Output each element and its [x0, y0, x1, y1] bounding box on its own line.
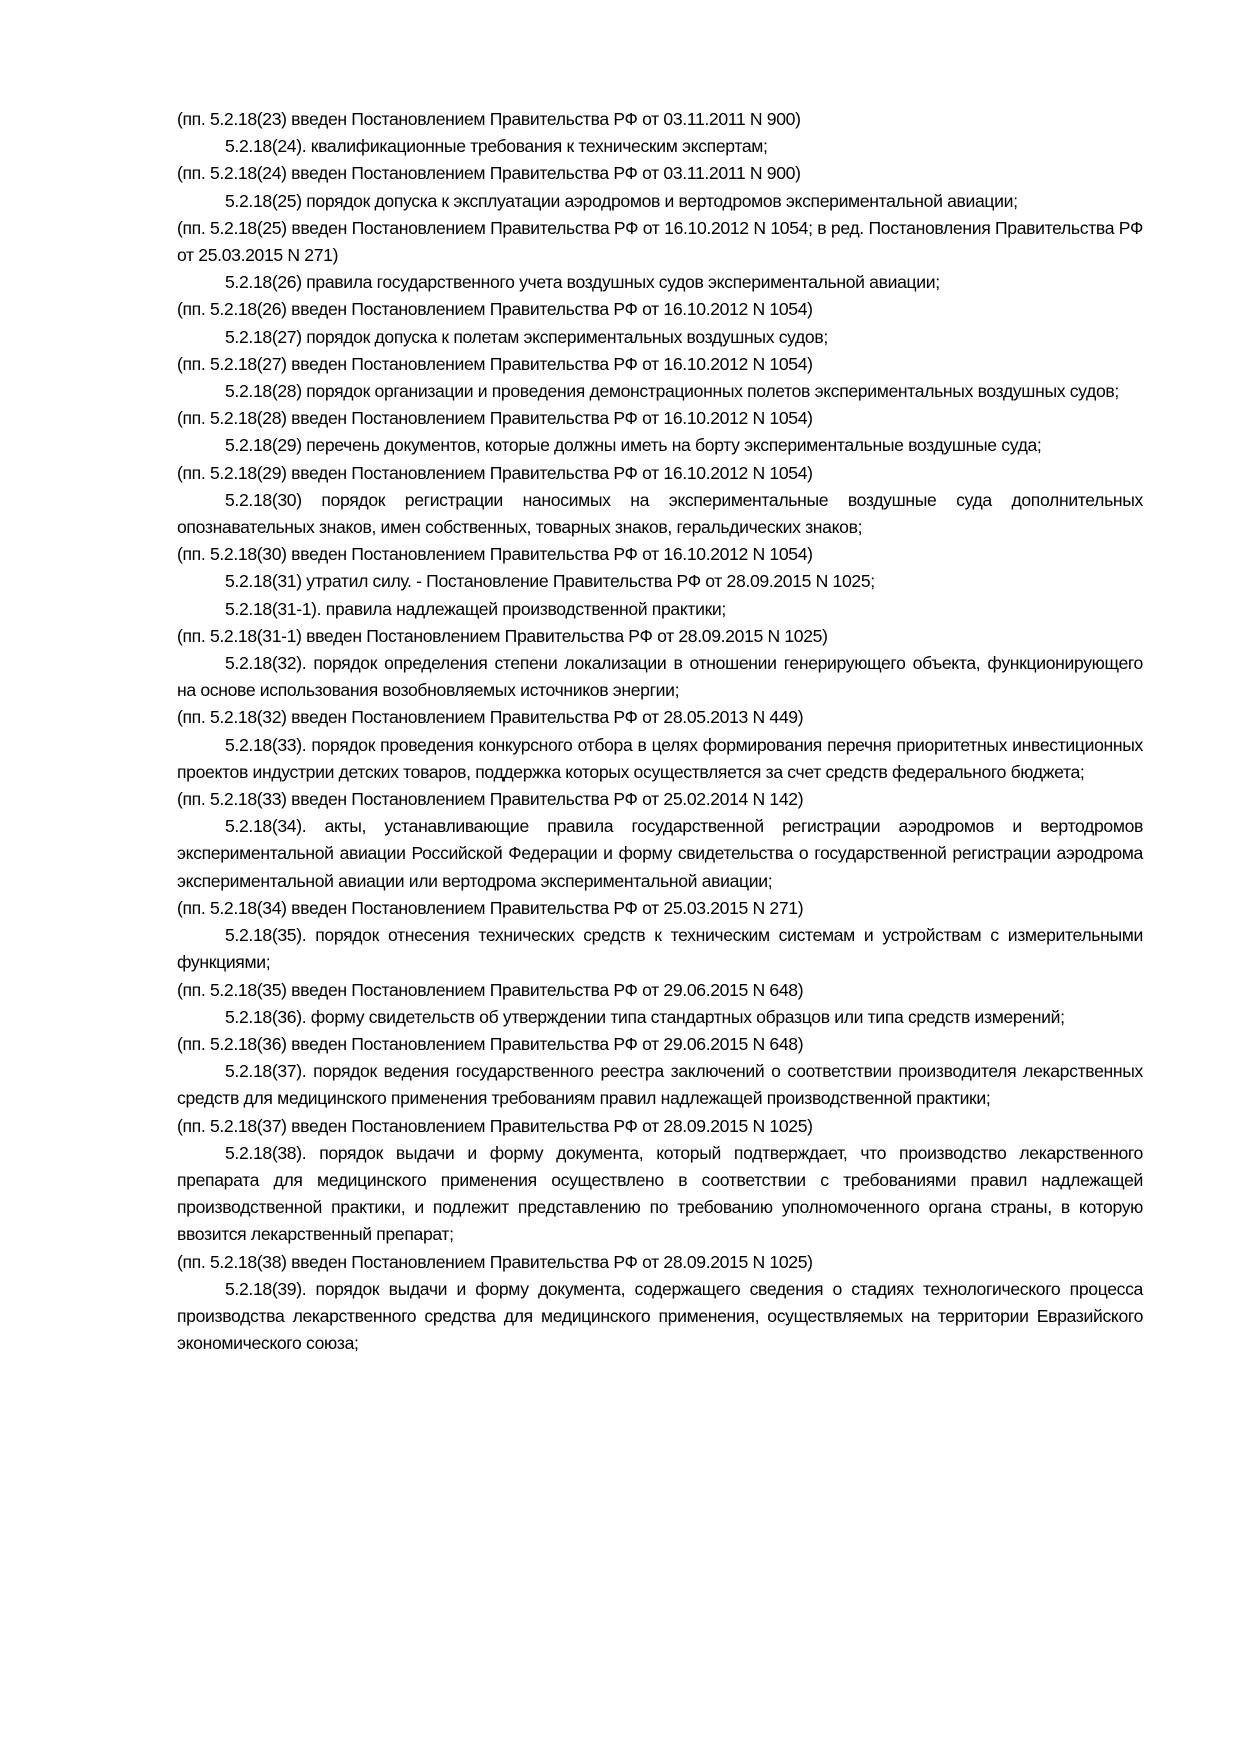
amendment-note-36: (пп. 5.2.18(36) введен Постановлением Пр… [177, 1031, 1143, 1058]
amendment-note-34: (пп. 5.2.18(34) введен Постановлением Пр… [177, 895, 1143, 922]
document-page: (пп. 5.2.18(23) введен Постановлением Пр… [177, 106, 1143, 1357]
clause-31-1: 5.2.18(31-1). правила надлежащей произво… [177, 596, 1143, 623]
clause-30: 5.2.18(30) порядок регистрации наносимых… [177, 487, 1143, 541]
amendment-note-28: (пп. 5.2.18(28) введен Постановлением Пр… [177, 405, 1143, 432]
amendment-note-38: (пп. 5.2.18(38) введен Постановлением Пр… [177, 1249, 1143, 1276]
clause-36: 5.2.18(36). форму свидетельств об утверж… [177, 1004, 1143, 1031]
clause-31-repealed: 5.2.18(31) утратил силу. - Постановление… [177, 568, 1143, 595]
clause-33: 5.2.18(33). порядок проведения конкурсно… [177, 732, 1143, 786]
amendment-note-31-1: (пп. 5.2.18(31-1) введен Постановлением … [177, 623, 1143, 650]
amendment-note-32: (пп. 5.2.18(32) введен Постановлением Пр… [177, 704, 1143, 731]
amendment-note-25: (пп. 5.2.18(25) введен Постановлением Пр… [177, 215, 1143, 269]
clause-28: 5.2.18(28) порядок организации и проведе… [177, 378, 1143, 405]
amendment-note-33: (пп. 5.2.18(33) введен Постановлением Пр… [177, 786, 1143, 813]
amendment-note-23: (пп. 5.2.18(23) введен Постановлением Пр… [177, 106, 1143, 133]
amendment-note-35: (пп. 5.2.18(35) введен Постановлением Пр… [177, 977, 1143, 1004]
clause-29: 5.2.18(29) перечень документов, которые … [177, 432, 1143, 459]
clause-34: 5.2.18(34). акты, устанавливающие правил… [177, 813, 1143, 895]
clause-35: 5.2.18(35). порядок отнесения технически… [177, 922, 1143, 976]
amendment-note-29: (пп. 5.2.18(29) введен Постановлением Пр… [177, 460, 1143, 487]
clause-26: 5.2.18(26) правила государственного учет… [177, 269, 1143, 296]
amendment-note-24: (пп. 5.2.18(24) введен Постановлением Пр… [177, 160, 1143, 187]
amendment-note-37: (пп. 5.2.18(37) введен Постановлением Пр… [177, 1113, 1143, 1140]
clause-32: 5.2.18(32). порядок определения степени … [177, 650, 1143, 704]
clause-27: 5.2.18(27) порядок допуска к полетам экс… [177, 324, 1143, 351]
clause-25: 5.2.18(25) порядок допуска к эксплуатаци… [177, 188, 1143, 215]
amendment-note-26: (пп. 5.2.18(26) введен Постановлением Пр… [177, 296, 1143, 323]
clause-39: 5.2.18(39). порядок выдачи и форму докум… [177, 1276, 1143, 1358]
clause-24: 5.2.18(24). квалификационные требования … [177, 133, 1143, 160]
clause-37: 5.2.18(37). порядок ведения государствен… [177, 1058, 1143, 1112]
amendment-note-27: (пп. 5.2.18(27) введен Постановлением Пр… [177, 351, 1143, 378]
clause-38: 5.2.18(38). порядок выдачи и форму докум… [177, 1140, 1143, 1249]
amendment-note-30: (пп. 5.2.18(30) введен Постановлением Пр… [177, 541, 1143, 568]
